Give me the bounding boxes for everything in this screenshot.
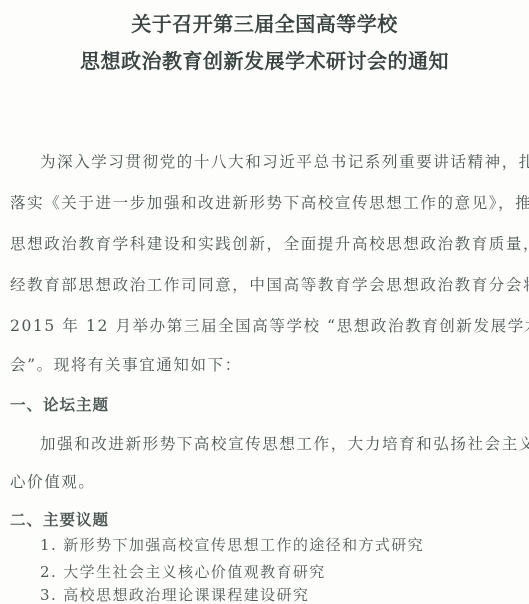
intro-line: 落实《关于进一步加强和改进新形势下高校宣传思想工作的意见》，推动 bbox=[10, 191, 520, 213]
topic-item: 1. 新形势下加强高校宣传思想工作的途径和方式研究 bbox=[40, 534, 424, 555]
intro-line: 2015 年 12 月举办第三届全国高等学校 “思想政治教育创新发展学术研讨 bbox=[10, 314, 520, 336]
intro-line: 经教育部思想政治工作司同意，中国高等教育学会思想政治教育分会将于 bbox=[10, 273, 520, 295]
section-body-line: 加强和改进新形势下高校宣传思想工作，大力培育和弘扬社会主义核 bbox=[40, 432, 529, 454]
document-title-line-2: 思想政治教育创新发展学术研讨会的通知 bbox=[0, 45, 529, 74]
intro-line: 思想政治教育学科建设和实践创新，全面提升高校思想政治教育质量，报 bbox=[10, 232, 520, 254]
section-heading-forum-theme: 一、论坛主题 bbox=[10, 393, 109, 415]
topic-item: 3. 高校思想政治理论课课程建设研究 bbox=[40, 584, 309, 604]
topic-item: 2. 大学生社会主义核心价值观教育研究 bbox=[40, 561, 326, 582]
document-title-line-1: 关于召开第三届全国高等学校 bbox=[0, 8, 529, 37]
section-heading-main-topics: 二、主要议题 bbox=[10, 508, 109, 530]
section-body-line: 心价值观。 bbox=[10, 470, 520, 492]
intro-line: 会”。现将有关事宜通知如下： bbox=[10, 353, 520, 375]
intro-line: 为深入学习贯彻党的十八大和习近平总书记系列重要讲话精神，扎实 bbox=[40, 150, 529, 172]
